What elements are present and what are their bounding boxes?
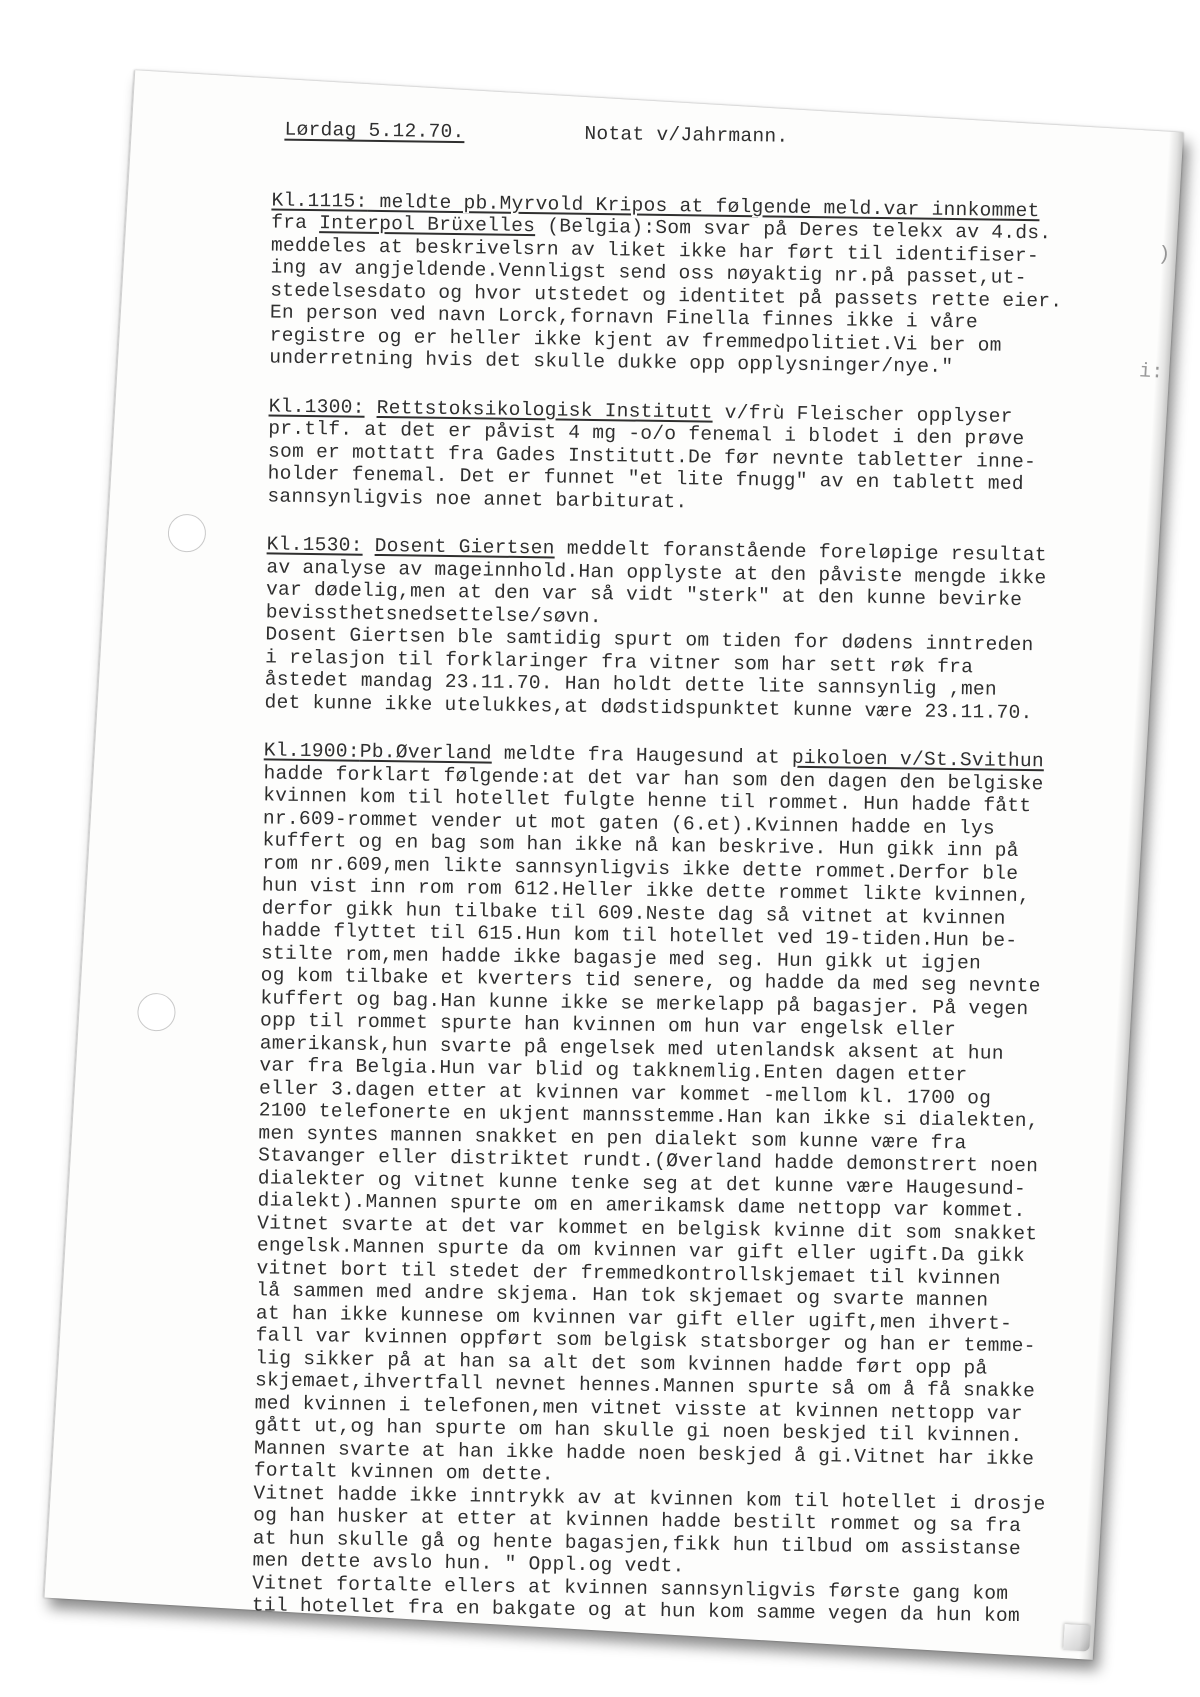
scanned-document-page: ) i: Lørdag 5.12.70. Notat v/Jahrmann. K… (0, 0, 1200, 1697)
underlined-name: pikoloen v/St.Svithun (792, 747, 1044, 773)
text-segment (363, 535, 375, 557)
entry-time: Kl.1115: (271, 189, 367, 212)
margin-mark: ) (1157, 243, 1170, 267)
margin-mark: i: (1138, 360, 1163, 384)
typed-text-body: Lørdag 5.12.70. Notat v/Jahrmann. Kl.111… (252, 118, 1143, 1640)
log-entry: Kl.1115: meldte pb.Myrvold Kripos at føl… (269, 189, 1141, 381)
underlined-name: Dosent Giertsen (375, 535, 555, 560)
punch-hole-bottom (136, 992, 176, 1032)
entry-time: Kl.1530: (267, 533, 363, 556)
underlined-name: Interpol Brüxelles (319, 212, 535, 237)
paper-sheet: ) i: Lørdag 5.12.70. Notat v/Jahrmann. K… (44, 70, 1184, 1660)
entries-list: Kl.1115: meldte pb.Myrvold Kripos at føl… (252, 189, 1142, 1629)
entry-time: Kl.1900: (264, 739, 360, 762)
document-header: Lørdag 5.12.70. Notat v/Jahrmann. (284, 119, 1142, 153)
log-entry: Kl.1530: Dosent Giertsen meddelt foranst… (264, 533, 1136, 725)
punch-hole-top (167, 513, 207, 553)
text-segment: fra (271, 211, 319, 234)
document-date: Lørdag 5.12.70. (284, 119, 584, 146)
log-entry: Kl.1300: Rettstoksikologisk Institutt v/… (267, 395, 1138, 520)
underlined-name: Pb.Øverland (360, 741, 492, 765)
entry-time: Kl.1300: (269, 395, 365, 418)
document-title: Notat v/Jahrmann. (584, 123, 788, 148)
log-entry: Kl.1900:Pb.Øverland meldte fra Haugesund… (252, 739, 1134, 1629)
text-segment (365, 396, 377, 418)
text-segment: sannsynligvis noe annet barbiturat. (267, 485, 687, 513)
